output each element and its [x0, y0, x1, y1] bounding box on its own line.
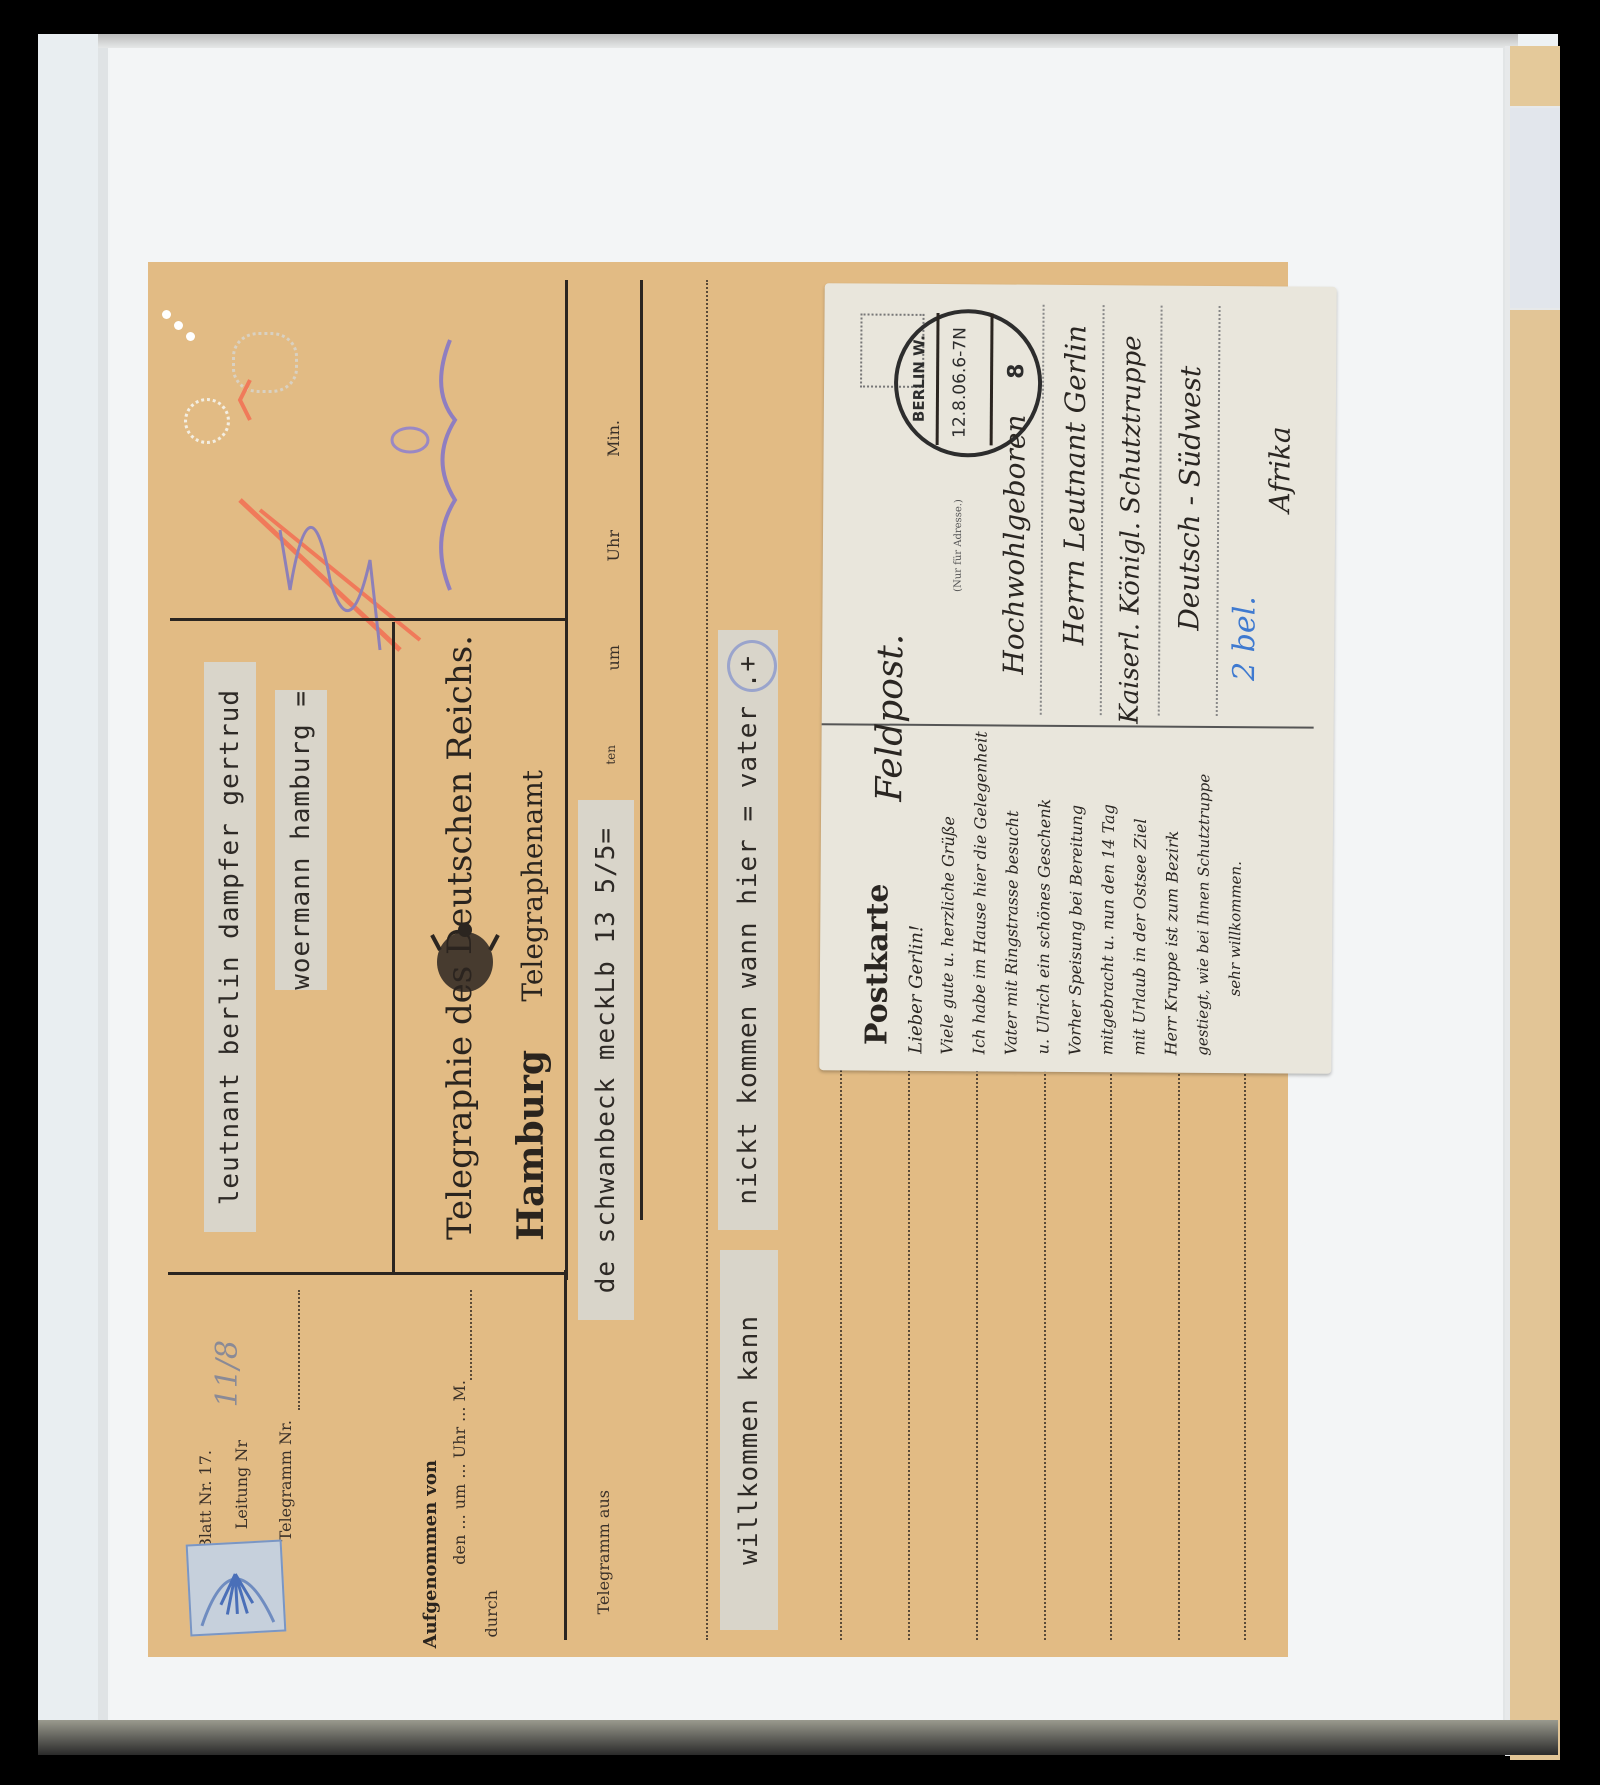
typed-strip-message-1: willkommen kann	[720, 1250, 778, 1630]
kaiserl-telegraph-seal	[186, 1540, 287, 1637]
address-line-1: Hochwohlgeboren	[997, 414, 1032, 674]
message-line: u. Ulrich ein schönes Geschenk	[1033, 799, 1054, 1055]
dotted-line	[840, 1070, 842, 1640]
form-rule-v3	[564, 1270, 567, 1640]
dotted-line	[706, 280, 708, 1640]
address-line	[1216, 306, 1221, 716]
dotted-line	[1178, 1070, 1180, 1640]
address-line-2: Herrn Leutnant Gerlin	[1057, 325, 1092, 646]
message-line: Vorher Speisung bei Bereitung	[1065, 804, 1086, 1055]
message-line: mitgebracht u. nun den 14 Tag	[1097, 804, 1118, 1055]
postmark-number: 8	[1004, 363, 1029, 378]
dotted-line	[470, 1290, 472, 1380]
message-body: Lieber Gerlin! Viele gute u. herzliche G…	[905, 664, 1278, 1067]
field-den-um-uhr: den ... um ... Uhr ... M.	[450, 1380, 469, 1565]
pencil-blatt-number: 11/8	[210, 1340, 245, 1407]
address-only-hint: (Nur für Adresse.)	[953, 499, 965, 592]
address-line	[1100, 305, 1105, 715]
field-leitung-nr: Leitung Nr	[232, 1440, 251, 1529]
message-line: gestiegt, wie bei Ihnen Schutztruppe	[1193, 774, 1213, 1056]
form-rule-v2	[640, 280, 643, 1220]
address-line	[1158, 306, 1163, 716]
postmark-date: 12.8.06.6-7N	[950, 327, 971, 438]
pencil-marks	[220, 320, 430, 660]
typed-strip-recipient: leutnant berlin dampfer gertrud	[204, 662, 256, 1232]
time-row-um: um	[604, 645, 623, 670]
field-telegramm-aus: Telegramm aus	[594, 1490, 613, 1614]
header-top-rule	[170, 618, 565, 621]
message-line: sehr willkommen.	[1226, 861, 1245, 996]
address-line	[1040, 305, 1045, 715]
header-office-name: Telegraphenamt	[516, 770, 549, 1002]
feldpost-heading: Feldpost.	[869, 634, 911, 802]
dotted-line	[976, 1070, 978, 1640]
album-bottom-edge	[38, 1720, 1558, 1755]
purple-signature	[420, 330, 480, 600]
header-divider-v	[392, 622, 395, 1272]
blue-circle-mark	[727, 640, 777, 692]
postmark-city: BERLIN W.	[910, 335, 929, 422]
message-line: Lieber Gerlin!	[905, 925, 927, 1054]
dotted-line	[1110, 1070, 1112, 1640]
field-blatt-nr: Blatt Nr. 17.	[196, 1450, 215, 1550]
page-top-edge	[98, 34, 1518, 48]
album-binding-strip	[38, 34, 108, 1754]
form-bottom-rule	[168, 1272, 568, 1275]
dotted-line	[298, 1290, 300, 1410]
field-durch: durch	[482, 1590, 501, 1637]
field-telegramm-nr: Telegramm Nr.	[276, 1420, 295, 1541]
typed-strip-message-2: nickt kommen wann hier = vater .+	[718, 630, 778, 1230]
message-line: mit Urlaub in der Ostsee Ziel	[1129, 818, 1150, 1055]
time-row-ten: ten	[604, 745, 618, 765]
field-aufgenommen: Aufgenommen von	[420, 1460, 441, 1648]
typed-strip-origin: de schwanbeck meckLb 13 5/5=	[578, 800, 634, 1320]
album-white-tab	[1510, 108, 1560, 308]
time-row-uhr: Uhr	[604, 530, 623, 561]
address-line-5: Afrika	[1263, 426, 1297, 512]
form-rule-v1	[565, 280, 568, 1280]
message-line: Herr Kruppe ist zum Bezirk	[1161, 831, 1182, 1056]
dotted-line	[1044, 1070, 1046, 1640]
dotted-line	[908, 1070, 910, 1640]
album-divider-tab	[1510, 46, 1560, 106]
message-line: Vater mit Ringstrasse besucht	[1001, 810, 1022, 1055]
imperial-eagle-icon	[430, 920, 500, 1000]
postkarte-title: Postkarte	[859, 883, 895, 1045]
time-row-min: Min.	[604, 420, 623, 457]
typed-strip-address: woermann hamburg =	[275, 690, 327, 990]
album-divider-tab-lower	[1510, 310, 1560, 1760]
message-line: Ich habe im Hause hier die Gelegenheit	[969, 731, 990, 1054]
postcard: BERLIN W. 12.8.06.6-7N 8 (Nur für Adress…	[819, 283, 1336, 1074]
message-line: Viele gute u. herzliche Grüße	[937, 816, 958, 1054]
address-line-4: Deutsch - Südwest	[1172, 366, 1207, 631]
dotted-line	[1244, 1070, 1246, 1640]
header-office-city: Hamburg	[510, 1050, 552, 1241]
